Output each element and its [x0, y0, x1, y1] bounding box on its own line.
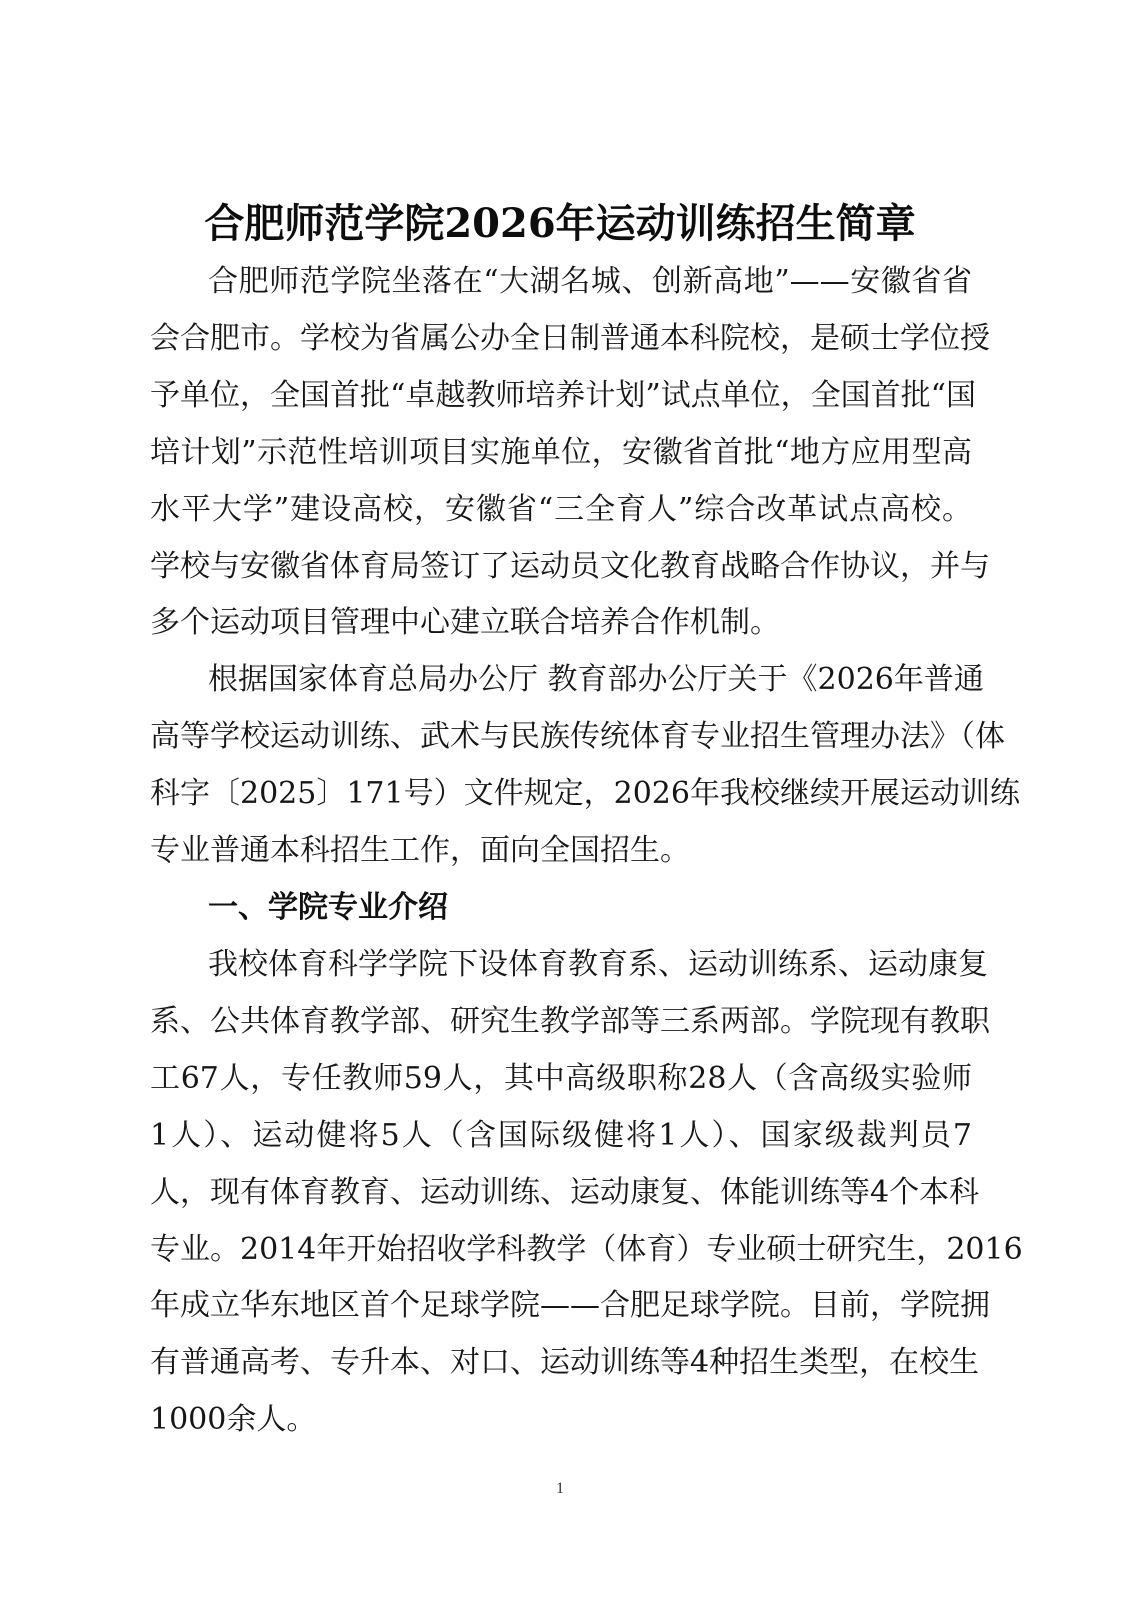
section-1-line: 专业。2014年开始招收学科教学（体育）专业硕士研究生，2016 [150, 1230, 972, 1270]
section-heading: 一、学院专业介绍 [208, 888, 448, 928]
section-1-line: 有普通高考、专升本、对口、运动训练等4种招生类型，在校生 [150, 1343, 972, 1383]
paragraph-1-line: 多个运动项目管理中心建立联合培养合作机制。 [150, 603, 972, 643]
paragraph-1-line: 予单位，全国首批“卓越教师培养计划”试点单位，全国首批“国 [150, 376, 972, 416]
document-page: 合肥师范学院2026年运动训练招生简章 合肥师范学院坐落在“大湖名城、创新高地”… [0, 0, 1131, 1600]
section-1-line: 工67人，专任教师59人，其中高级职称28人（含高级实验师 [150, 1059, 972, 1099]
document-title: 合肥师范学院2026年运动训练招生简章 [150, 196, 970, 252]
paragraph-2-line: 高等学校运动训练、武术与民族传统体育专业招生管理办法》（体 [150, 717, 972, 757]
paragraph-1-line: 培计划”示范性培训项目实施单位，安徽省首批“地方应用型高 [150, 433, 972, 473]
page-number: 1 [545, 1480, 575, 1498]
paragraph-2-line: 专业普通本科招生工作，面向全国招生。 [150, 831, 972, 871]
paragraph-1-line: 会合肥市。学校为省属公办全日制普通本科院校，是硕士学位授 [150, 319, 972, 359]
section-1-line: 我校体育科学学院下设体育教育系、运动训练系、运动康复 [208, 945, 972, 985]
section-1-line: 1000余人。 [150, 1400, 972, 1440]
section-1-line: 人，现有体育教育、运动训练、运动康复、体能训练等4个本科 [150, 1173, 972, 1213]
section-1-line: 1人）、运动健将5人（含国际级健将1人）、国家级裁判员7 [150, 1116, 972, 1156]
paragraph-1-line: 合肥师范学院坐落在“大湖名城、创新高地”——安徽省省 [208, 262, 972, 302]
paragraph-1-line: 水平大学”建设高校，安徽省“三全育人”综合改革试点高校。 [150, 490, 972, 530]
paragraph-2-line: 科字〔2025〕171号）文件规定，2026年我校继续开展运动训练 [150, 774, 972, 814]
paragraph-2-line: 根据国家体育总局办公厅 教育部办公厅关于《2026年普通 [208, 660, 972, 700]
paragraph-1-line: 学校与安徽省体育局签订了运动员文化教育战略合作协议，并与 [150, 547, 972, 587]
section-1-line: 年成立华东地区首个足球学院——合肥足球学院。目前，学院拥 [150, 1286, 972, 1326]
section-1-line: 系、公共体育教学部、研究生教学部等三系两部。学院现有教职 [150, 1002, 972, 1042]
